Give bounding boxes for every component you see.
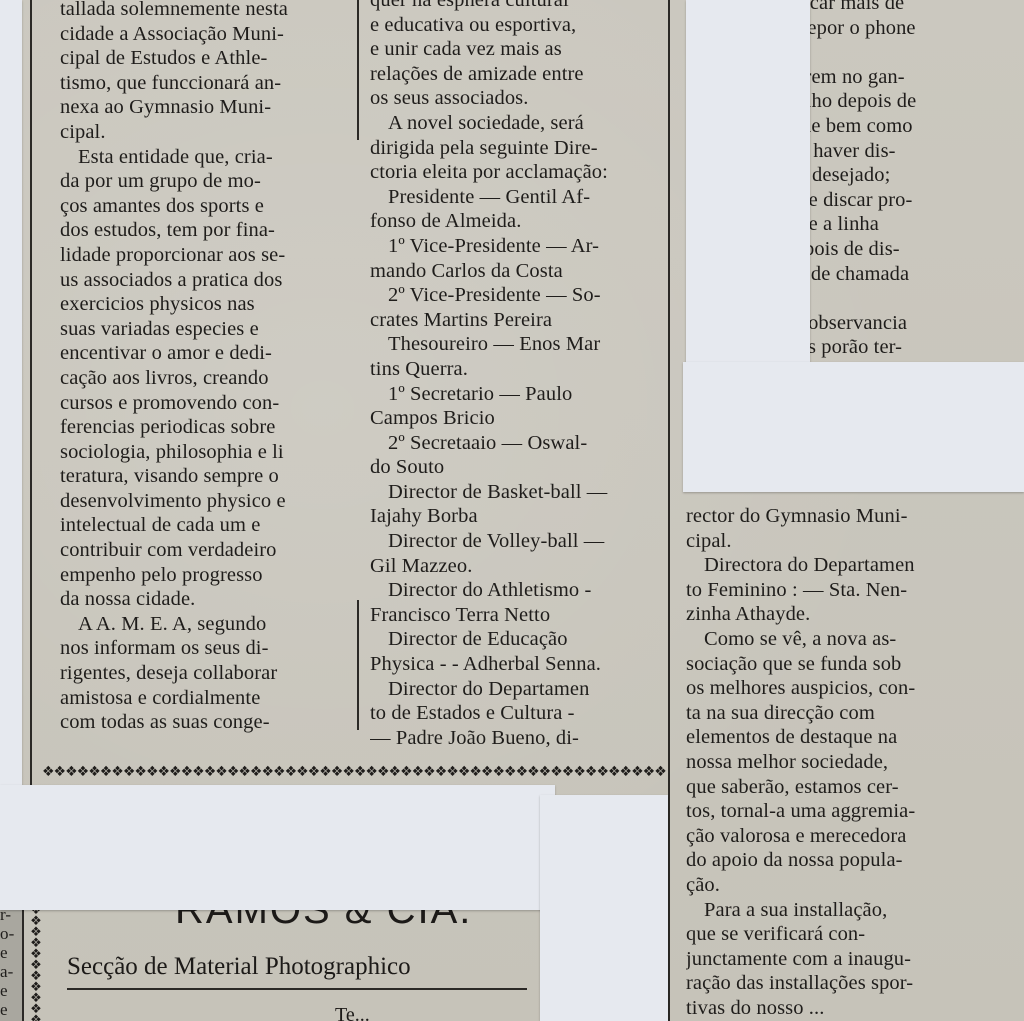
text-line: Gil Mazzeo. — [370, 554, 675, 579]
text-line: Director de Basket-ball — — [370, 480, 675, 505]
ad-subtitle: Secção de Material Photographico — [67, 953, 411, 981]
text-line: ferencias periodicas sobre — [60, 415, 354, 440]
text-line: tallada solemnemente nesta — [60, 0, 354, 22]
text-line: e educativa ou esportiva, — [370, 13, 675, 38]
text-line: cursos e promovendo con- — [60, 391, 354, 416]
text-line: dirigida pela seguinte Dire- — [370, 136, 675, 161]
text-line: mando Carlos da Costa — [370, 259, 675, 284]
text-line: nos informam os seus di- — [60, 636, 354, 661]
column-rule-bottom-left — [22, 905, 24, 1021]
cover-sheet-left-edge — [0, 0, 22, 785]
text-line: tins Querra. — [370, 357, 675, 382]
text-line: sociação que se funda sob — [686, 652, 984, 677]
text-fragment: e — [0, 943, 18, 962]
text-line: Director do Athletismo - — [370, 578, 675, 603]
article-column-2: quer na esphera culturale educativa ou e… — [370, 0, 675, 750]
text-line: teratura, visando sempre o — [60, 464, 354, 489]
text-line: da por um grupo de mo- — [60, 169, 354, 194]
text-line: Thesoureiro — Enos Mar — [370, 332, 675, 357]
text-line: que se verificará con- — [686, 922, 984, 947]
text-fragment: e — [0, 1000, 18, 1019]
column-rule-left — [30, 0, 32, 785]
text-line: A A. M. E. A, segundo — [60, 612, 354, 637]
text-line: tismo, que funccionará an- — [60, 71, 354, 96]
text-line: sociologia, philosophia e li — [60, 440, 354, 465]
text-line: quer na esphera cultural — [370, 0, 675, 13]
text-line: ta na sua direcção com — [686, 701, 984, 726]
cover-sheet-bottom-tab — [540, 795, 668, 1021]
text-fragment: a- — [0, 962, 18, 981]
text-line: do Souto — [370, 455, 675, 480]
text-line: nossa melhor sociedade, — [686, 750, 984, 775]
text-line: que saberão, estamos cer- — [686, 775, 984, 800]
text-line: os melhores auspicios, con- — [686, 676, 984, 701]
text-line: e unir cada vez mais as — [370, 37, 675, 62]
text-line: cipal. — [60, 120, 354, 145]
left-edge-fragments: r-o-ea-ee — [0, 905, 18, 1019]
text-line: exercicios physicos nas — [60, 292, 354, 317]
text-line: Francisco Terra Netto — [370, 603, 675, 628]
text-line: Director de Educação — [370, 627, 675, 652]
text-line: zinha Athayde. — [686, 602, 984, 627]
text-line: Physica - - Adherbal Senna. — [370, 652, 675, 677]
ad-underline — [67, 988, 527, 990]
ad-partial-text: Te... — [335, 1004, 370, 1021]
text-line: nexa ao Gymnasio Muni- — [60, 95, 354, 120]
text-line: cipal de Estudos e Athle- — [60, 46, 354, 71]
text-line: Como se vê, a nova as- — [686, 627, 984, 652]
text-line: 1º Vice-Presidente — Ar- — [370, 234, 675, 259]
text-line: com todas as suas conge- — [60, 710, 354, 735]
text-line: Director do Departamen — [370, 677, 675, 702]
text-line: A novel sociedade, será — [370, 111, 675, 136]
text-line: dos estudos, tem por fina- — [60, 218, 354, 243]
text-line: intelectual de cada um e — [60, 513, 354, 538]
text-line: cipal. — [686, 529, 984, 554]
text-line: rector do Gymnasio Muni- — [686, 504, 984, 529]
column-rule-1 — [357, 0, 359, 140]
cover-sheet-right-band — [683, 362, 1024, 492]
text-line: junctamente com a inaugu- — [686, 947, 984, 972]
text-line: da nossa cidade. — [60, 587, 354, 612]
text-line: do apoio da nossa popula- — [686, 848, 984, 873]
text-line: ção. — [686, 873, 984, 898]
text-line: us associados a pratica dos — [60, 268, 354, 293]
text-line: ços amantes dos sports e — [60, 194, 354, 219]
text-line: rigentes, deseja collaborar — [60, 661, 354, 686]
text-line: 2º Vice-Presidente — So- — [370, 283, 675, 308]
text-fragment: o- — [0, 924, 18, 943]
text-line: Directora do Departamen — [686, 553, 984, 578]
ornamental-border: ❖❖❖❖❖❖❖❖❖❖❖❖❖❖❖❖❖❖❖❖❖❖❖❖❖❖❖❖❖❖❖❖❖❖❖❖❖❖❖❖… — [42, 764, 667, 780]
text-line: encentivar o amor e dedi- — [60, 341, 354, 366]
text-line: Esta entidade que, cria- — [60, 145, 354, 170]
text-line: empenho pelo progresso — [60, 563, 354, 588]
text-line: Para a sua installação, — [686, 898, 984, 923]
text-line: to de Estados e Cultura - — [370, 701, 675, 726]
text-line: crates Martins Pereira — [370, 308, 675, 333]
text-line: lidade proporcionar aos se- — [60, 243, 354, 268]
cover-sheet-bottom-band — [0, 785, 555, 910]
cover-sheet-top-right — [686, 0, 810, 370]
text-line: ração das installações spor- — [686, 971, 984, 996]
text-fragment: e — [0, 981, 18, 1000]
text-line: ção valorosa e merecedora — [686, 824, 984, 849]
text-line: 1º Secretario — Paulo — [370, 382, 675, 407]
text-line: — Padre João Bueno, di- — [370, 726, 675, 751]
text-line: tivas do nosso ... — [686, 996, 984, 1021]
text-line: tos, tornal-a uma aggremia- — [686, 799, 984, 824]
text-line: elementos de destaque na — [686, 725, 984, 750]
text-line: amistosa e cordialmente — [60, 686, 354, 711]
text-line: ctoria eleita por acclamação: — [370, 160, 675, 185]
text-line: contribuir com verdadeiro — [60, 538, 354, 563]
text-line: os seus associados. — [370, 86, 675, 111]
column-rule-1b — [357, 600, 359, 730]
text-line: Director de Volley-ball — — [370, 529, 675, 554]
text-line: desenvolvimento physico e — [60, 489, 354, 514]
article-column-3-bottom: rector do Gymnasio Muni-cipal.Directora … — [686, 504, 984, 1020]
text-line: cação aos livros, creando — [60, 366, 354, 391]
ornamental-border-vertical: ❖❖❖❖❖❖❖❖❖❖❖❖ — [28, 905, 44, 1021]
article-column-1: tallada solemnemente nestacidade a Assoc… — [60, 0, 354, 735]
text-line: Presidente — Gentil Af- — [370, 185, 675, 210]
text-line: to Feminino : — Sta. Nen- — [686, 578, 984, 603]
text-line: relações de amizade entre — [370, 62, 675, 87]
text-line: suas variadas especies e — [60, 317, 354, 342]
text-line: Iajahy Borba — [370, 504, 675, 529]
text-line: Campos Bricio — [370, 406, 675, 431]
text-line: fonso de Almeida. — [370, 209, 675, 234]
text-line: cidade a Associação Muni- — [60, 22, 354, 47]
text-line: 2º Secretaaio — Oswal- — [370, 431, 675, 456]
